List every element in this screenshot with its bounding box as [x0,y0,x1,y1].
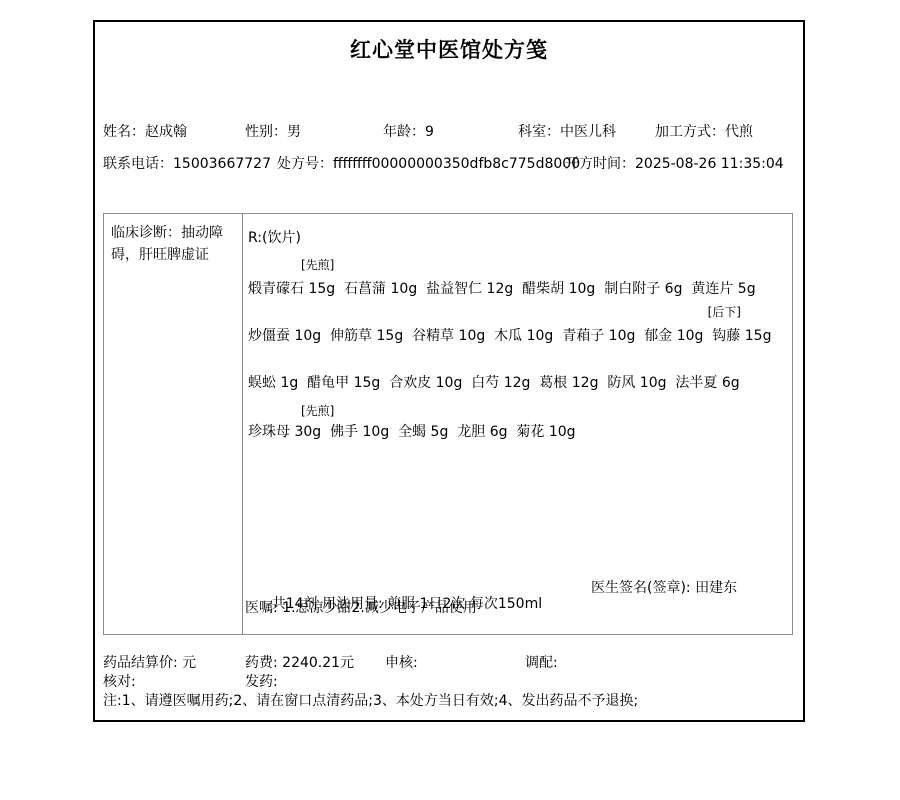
check-field: 核对: [103,671,136,691]
processing-method-field: 加工方式：代煎 [655,121,753,141]
medicine-line-2: 炒僵蚕 10g 伸筋草 15g 谷精草 10g 木瓜 10g 青葙子 10g 郁… [248,325,771,345]
notes-text: 注:1、请遵医嘱用药;2、请在窗口点清药品;3、本处方当日有效;4、发出药品不予… [103,690,638,710]
medicine-line-4: 珍珠母 30g 佛手 10g 全蝎 5g 龙胆 6g 菊花 10g [248,421,576,441]
decoction-tag-add-later: [后下] [708,303,741,320]
prescription-body-box: 临床诊断：抽动障碍，肝旺脾虚证 R:(饮片) [先煎] 煅青礞石 15g 石菖蒲… [103,213,793,635]
decoction-tag-first-boil-2: [先煎] [301,402,334,419]
dispense-field: 发药: [245,671,278,691]
review-field: 申核: [385,652,418,672]
settle-price-field: 药品结算价: 元 [103,652,196,672]
decoction-tag-first-boil-1: [先煎] [301,256,334,273]
fee-field: 药费: 2240.21元 [245,652,354,672]
medicine-line-1: 煅青礞石 15g 石菖蒲 10g 盐益智仁 12g 醋柴胡 10g 制白附子 6… [248,278,756,298]
patient-gender-field: 性别：男 [245,121,301,141]
phone-field: 联系电话：15003667727 [103,153,271,173]
prepare-field: 调配: [525,652,558,672]
medicine-line-3: 蜈蚣 1g 醋龟甲 15g 合欢皮 10g 白芍 12g 葛根 12g 防风 1… [248,372,740,392]
rx-header-label: R:(饮片) [248,227,301,247]
prescription-sheet: 红心堂中医馆处方笺 姓名：赵成翰 性别：男 年龄：9 科室：中医儿科 加工方式：… [93,20,805,722]
patient-age-field: 年龄：9 [383,121,434,141]
diagnosis-panel: 临床诊断：抽动障碍，肝旺脾虚证 [104,214,243,634]
prescription-time-field: 开方时间：2025-08-26 11:35:04 [565,153,784,173]
medical-advice: 医嘱: 1.忌凉少甜2.减少电子产品使用 [245,597,477,617]
page-title: 红心堂中医馆处方笺 [95,34,803,64]
doctor-signature: 医生签名(签章): 田建东 [591,577,737,597]
diagnosis-text: 临床诊断：抽动障碍，肝旺脾虚证 [111,225,223,263]
patient-name-field: 姓名：赵成翰 [103,121,187,141]
prescription-number-field: 处方号：ffffffff00000000350dfb8c775d8000 [277,153,580,173]
department-field: 科室：中医儿科 [518,121,616,141]
